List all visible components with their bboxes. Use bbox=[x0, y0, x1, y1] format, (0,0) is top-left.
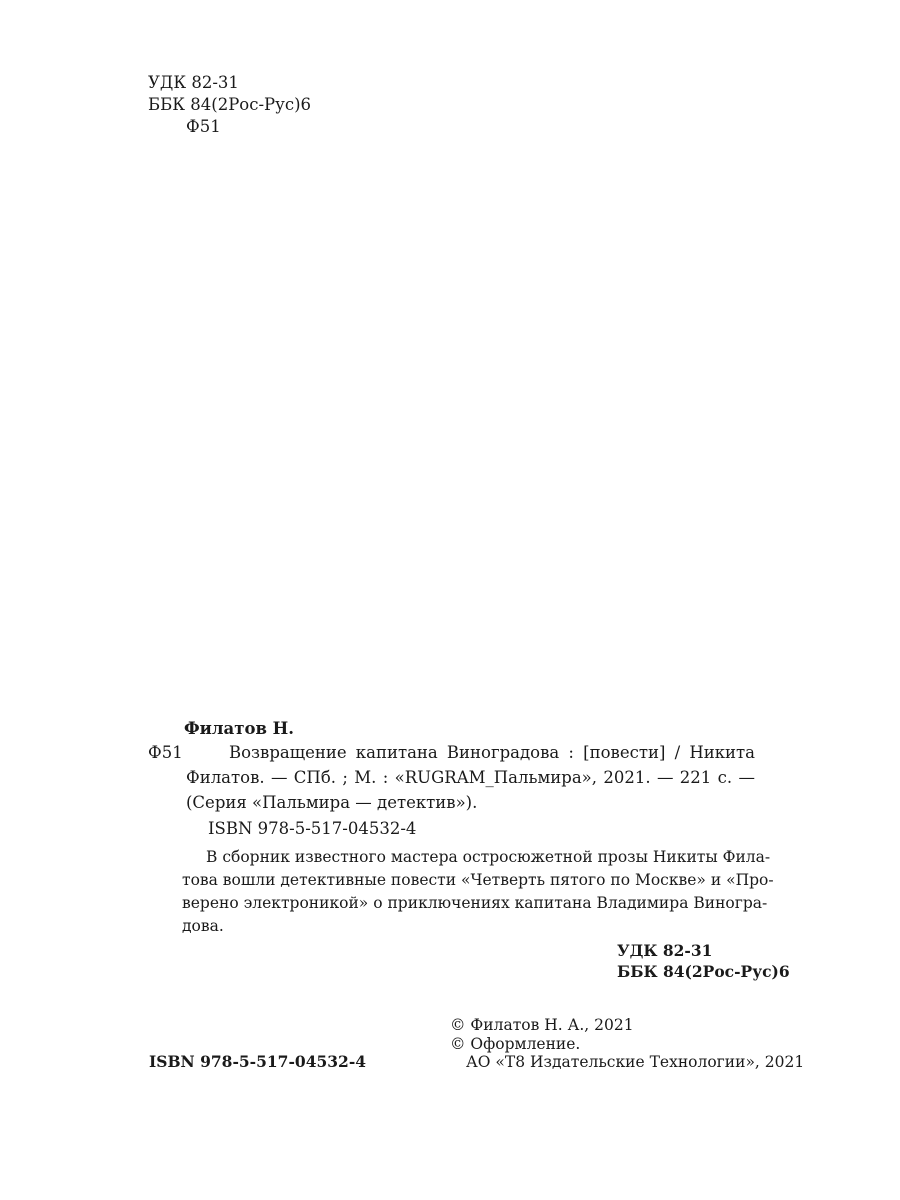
record-isbn: ISBN 978-5-517-04532-4 bbox=[208, 818, 416, 840]
record-title-line-1: Возвращение капитана Виноградова : [пове… bbox=[229, 742, 755, 764]
record-title-line-2: Филатов. — СПб. ; М. : «RUGRAM_Пальмира»… bbox=[186, 767, 755, 789]
top-author-mark: Ф51 bbox=[186, 116, 221, 138]
footer-isbn: ISBN 978-5-517-04532-4 bbox=[149, 1051, 366, 1073]
record-author-mark: Ф51 bbox=[148, 742, 183, 764]
imprint-page: УДК 82-31 ББК 84(2Рос-Рус)6 Ф51 Филатов … bbox=[0, 0, 900, 1200]
annotation-line-1: В сборник известного мастера остросюжетн… bbox=[206, 846, 755, 868]
annotation-line-2: това вошли детективные повести «Четверть… bbox=[182, 869, 755, 891]
author-heading: Филатов Н. bbox=[184, 718, 294, 740]
record-series-line: (Серия «Пальмира — детектив»). bbox=[186, 792, 477, 814]
copyright-publisher: АО «Т8 Издательские Технологии», 2021 bbox=[466, 1051, 804, 1073]
bottom-bbk-code: ББК 84(2Рос-Рус)6 bbox=[617, 961, 790, 983]
annotation-line-3: верено электроникой» о приключениях капи… bbox=[182, 892, 755, 914]
top-bbk-code: ББК 84(2Рос-Рус)6 bbox=[148, 94, 311, 116]
top-udk-code: УДК 82-31 bbox=[148, 72, 239, 94]
annotation-line-4: дова. bbox=[182, 915, 224, 937]
bottom-udk-code: УДК 82-31 bbox=[617, 940, 712, 962]
